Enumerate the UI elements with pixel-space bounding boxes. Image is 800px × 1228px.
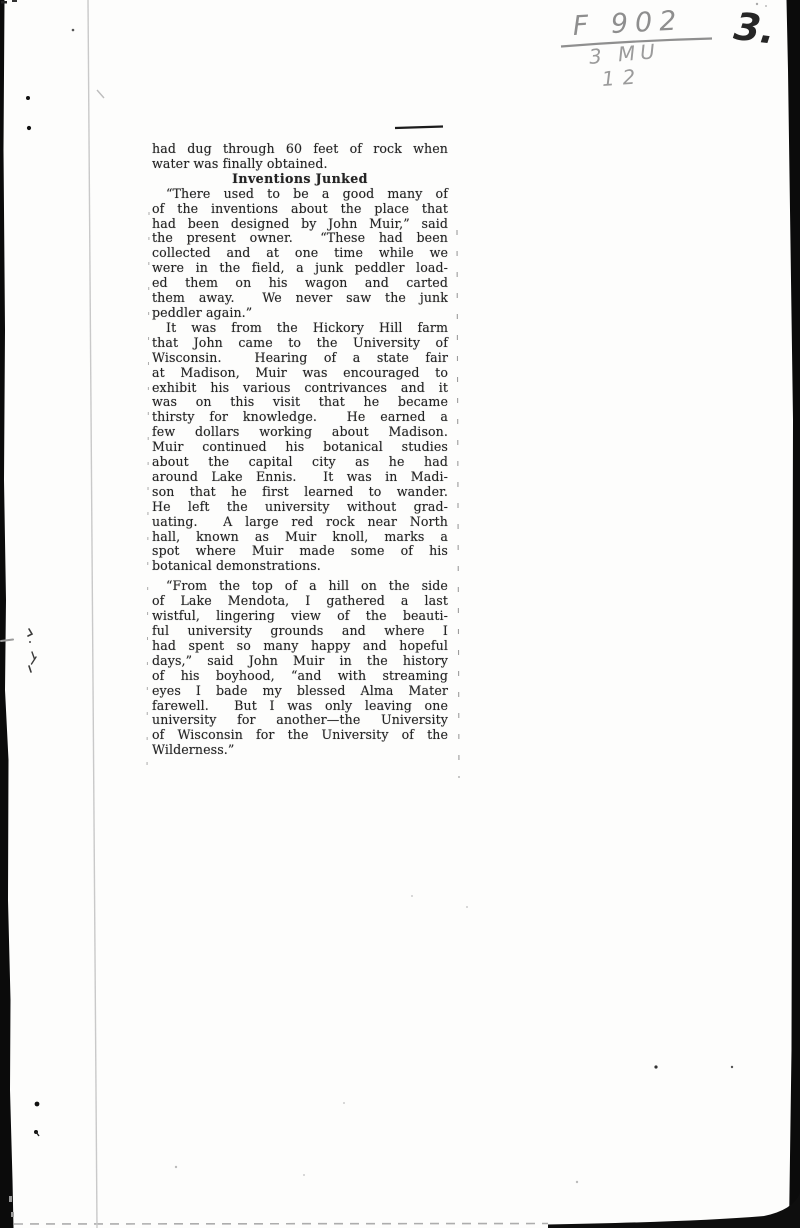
article-line: ed them on his wagon and carted [152, 276, 448, 291]
article-line: Muir continued his botanical studies [152, 440, 448, 455]
article-line: eyes I bade my blessed Alma Mater [152, 684, 448, 699]
article-line: of Lake Mendota, I gathered a last [152, 594, 448, 609]
article-line: days,” said John Muir in the history [152, 654, 448, 669]
article-line: that John came to the University of [152, 336, 448, 351]
clipping-top-rule [395, 127, 443, 129]
pencil-margin-marks [1, 629, 36, 672]
article-line: the present owner. “These had been [152, 231, 448, 246]
scan-edge-left [0, 0, 14, 1228]
article-line: around Lake Ennis. It was in Madi- [152, 470, 448, 485]
article-line: hall, known as Muir knoll, marks a [152, 530, 448, 545]
article-line: exhibit his various contrivances and it [152, 381, 448, 396]
column-rule-right [457, 230, 459, 778]
article-line: at Madison, Muir was encouraged to [152, 366, 448, 381]
article-line: of his boyhood, “and with streaming [152, 669, 448, 684]
article-line: few dollars working about Madison. [152, 425, 448, 440]
article-line: of the inventions about the place that [152, 202, 448, 217]
scan-bottom-line [14, 1224, 548, 1225]
article-line: had been designed by John Muir,” said [152, 217, 448, 232]
article-line: peddler again.” [152, 306, 448, 321]
article-line: Wisconsin. Hearing of a state fair [152, 351, 448, 366]
handwritten-page-number: 3. [732, 4, 778, 53]
article-line: were in the field, a junk peddler load- [152, 261, 448, 276]
article-line: uating. A large red rock near North [152, 515, 448, 530]
article-line: water was finally obtained. [152, 157, 448, 172]
article-line: them away. We never saw the junk [152, 291, 448, 306]
article-line: about the capital city as he had [152, 455, 448, 470]
article-line: ful university grounds and where I [152, 624, 448, 639]
handwritten-archive-code-line3: 12 [601, 64, 644, 91]
article-line: was on this visit that he became [152, 395, 448, 410]
article-line: collected and at one time while we [152, 246, 448, 261]
article-line: son that he first learned to wander. [152, 485, 448, 500]
scanned-page: F 902 3 MU 12 3. had dug through 60 feet… [0, 0, 800, 1228]
article-line: It was from the Hickory Hill farm [152, 321, 448, 336]
article-column: had dug through 60 feet of rock whenwate… [152, 142, 448, 758]
article-line: had dug through 60 feet of rock when [152, 142, 448, 157]
article-line: farewell. But I was only leaving one [152, 699, 448, 714]
article-line: He left the university without grad- [152, 500, 448, 515]
column-rule-left [147, 212, 149, 782]
article-line: spot where Muir made some of his [152, 544, 448, 559]
article-line: “There used to be a good many of [152, 187, 448, 202]
handwritten-archive-code-line1: F 902 [572, 5, 684, 42]
scan-edge-bottom [548, 1193, 800, 1228]
article-line: had spent so many happy and hopeful [152, 639, 448, 654]
article-heading: Inventions Junked [152, 172, 448, 187]
article-line: “From the top of a hill on the side [152, 579, 448, 594]
article-line: thirsty for knowledge. He earned a [152, 410, 448, 425]
article-line: university for another—the University [152, 713, 448, 728]
article-line: of Wisconsin for the University of the [152, 728, 448, 743]
article-line: botanical demonstrations. [152, 559, 448, 574]
paper-fold-line [88, 0, 97, 1228]
scan-edge-right [787, 0, 800, 1228]
article-line: Wilderness.” [152, 743, 448, 758]
article-line: wistful, lingering view of the beauti- [152, 609, 448, 624]
